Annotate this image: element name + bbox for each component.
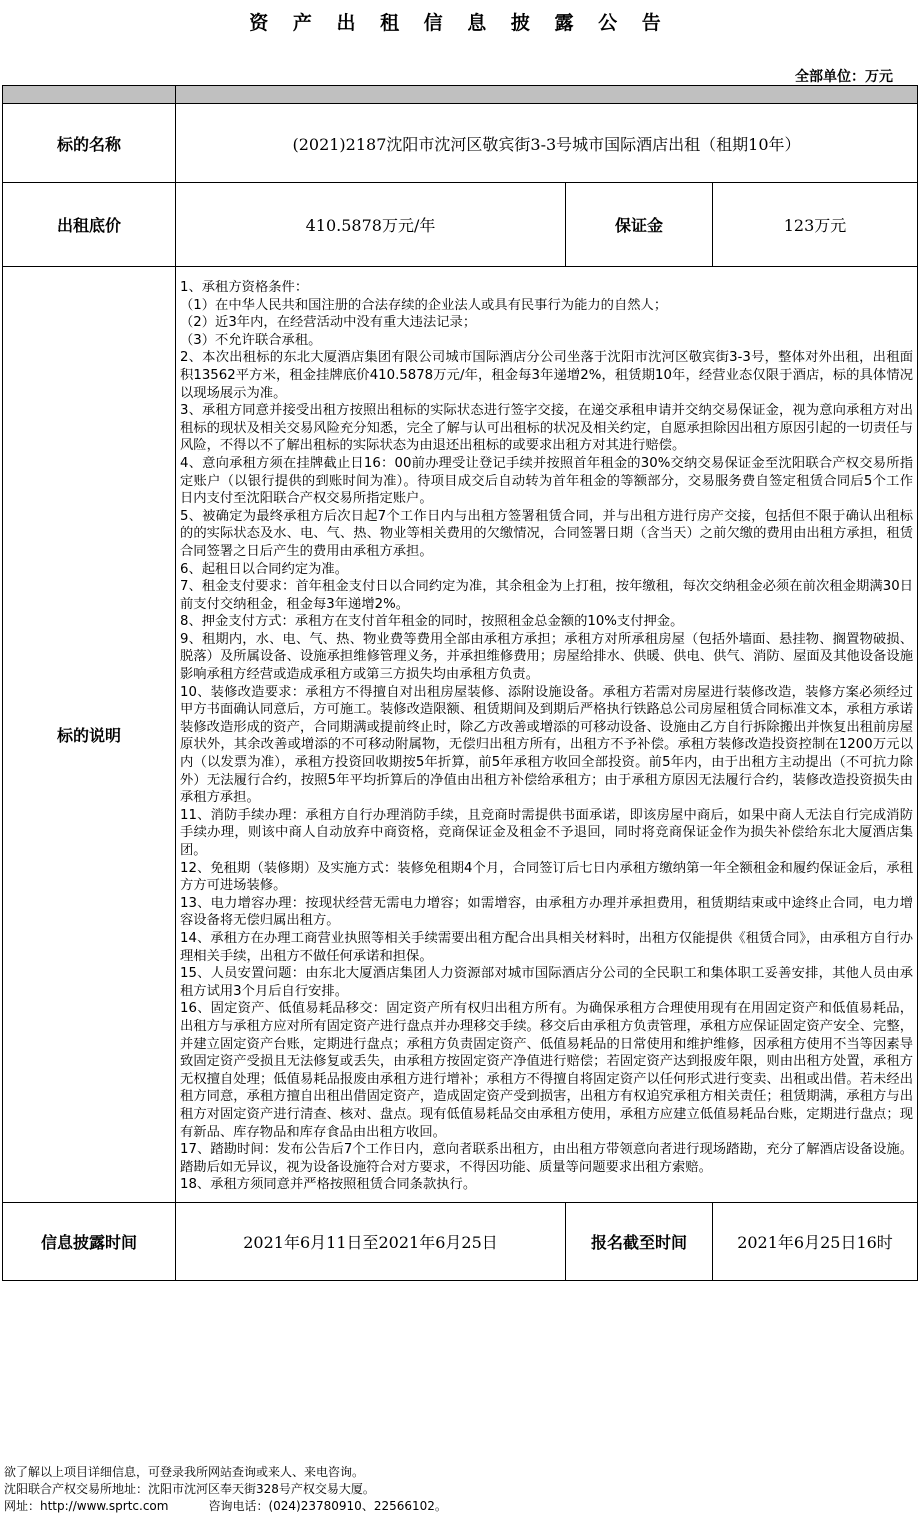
- desc-paragraph: 9、租期内，水、电、气、热、物业费等费用全部由承租方承担；承租方对所承租房屋（包…: [180, 631, 913, 684]
- footer-inquiry-note: 欲了解以上项目详细信息，可登录我所网站查询或来人、来电咨询。: [4, 1464, 447, 1481]
- asset-name-value: (2021)2187沈阳市沈河区敬宾街3-3号城市国际酒店出租（租期10年）: [176, 104, 918, 183]
- row-asset-name: 标的名称 (2021)2187沈阳市沈河区敬宾街3-3号城市国际酒店出租（租期1…: [3, 104, 918, 183]
- desc-paragraph: 3、承租方同意并接受出租方按照出租标的实际状态进行签字交接，在递交承租申请并交纳…: [180, 402, 913, 455]
- page-title: 资 产 出 租 信 息 披 露 公 告: [0, 8, 919, 35]
- desc-paragraph: （2）近3年内，在经营活动中没有重大违法记录；: [180, 314, 913, 332]
- header-cell-right: [176, 86, 918, 104]
- reserve-price-label: 出租底价: [3, 183, 176, 267]
- desc-paragraph: （3）不允许联合承租。: [180, 332, 913, 350]
- desc-paragraph: 4、意向承租方须在挂牌截止日16：00前办理受让登记手续并按照首年租金的30%交…: [180, 455, 913, 508]
- desc-paragraph: 12、免租期（装修期）及实施方式：装修免租期4个月，合同签订后七日内承租方缴纳第…: [180, 860, 913, 895]
- unit-note: 全部单位：万元: [795, 66, 893, 86]
- row-price: 出租底价 410.5878万元/年 保证金 123万元: [3, 183, 918, 267]
- header-row: [3, 86, 918, 104]
- row-description: 标的说明 1、承租方资格条件： （1）在中华人民共和国注册的合法存续的企业法人或…: [3, 267, 918, 1203]
- desc-paragraph: 8、押金支付方式：承租方在支付首年租金的同时，按照租金总金额的10%支付押金。: [180, 613, 913, 631]
- disclosure-period-label: 信息披露时间: [3, 1202, 176, 1280]
- asset-name-label: 标的名称: [3, 104, 176, 183]
- desc-paragraph: （1）在中华人民共和国注册的合法存续的企业法人或具有民事行为能力的自然人；: [180, 297, 913, 315]
- desc-paragraph: 17、踏勘时间：发布公告后7个工作日内，意向者联系出租方，由出租方带领意向者进行…: [180, 1141, 913, 1176]
- header-cell-left: [3, 86, 176, 104]
- desc-paragraph: 7、租金支付要求：首年租金支付日以合同约定为准，其余租金为上打租，按年缴租，每次…: [180, 578, 913, 613]
- disclosure-period-value: 2021年6月11日至2021年6月25日: [176, 1202, 566, 1280]
- desc-paragraph: 10、装修改造要求：承租方不得擅自对出租房屋装修、添附设施设备。承租方若需对房屋…: [180, 684, 913, 807]
- desc-paragraph: 14、承租方在办理工商营业执照等相关手续需要出租方配合出具相关材料时，出租方仅能…: [180, 930, 913, 965]
- desc-paragraph: 1、承租方资格条件：: [180, 279, 913, 297]
- reserve-price-value: 410.5878万元/年: [176, 183, 566, 267]
- desc-paragraph: 5、被确定为最终承租方后次日起7个工作日内与出租方签署租赁合同，并与出租方进行房…: [180, 508, 913, 561]
- desc-paragraph: 2、本次出租标的东北大厦酒店集团有限公司城市国际酒店分公司坐落于沈阳市沈河区敬宾…: [180, 349, 913, 402]
- registration-deadline-value: 2021年6月25日16时: [713, 1202, 918, 1280]
- deposit-value: 123万元: [713, 183, 918, 267]
- desc-paragraph: 15、人员安置问题：由东北大厦酒店集团人力资源部对城市国际酒店分公司的全民职工和…: [180, 965, 913, 1000]
- footer-contact-line: 网址：http://www.sprtc.com咨询电话：(024)2378091…: [4, 1498, 447, 1515]
- disclosure-table: 标的名称 (2021)2187沈阳市沈河区敬宾街3-3号城市国际酒店出租（租期1…: [2, 85, 918, 1281]
- description-body: 1、承租方资格条件： （1）在中华人民共和国注册的合法存续的企业法人或具有民事行…: [176, 267, 918, 1203]
- desc-paragraph: 16、固定资产、低值易耗品移交：固定资产所有权归出租方所有。为确保承租方合理使用…: [180, 1000, 913, 1141]
- desc-paragraph: 6、起租日以合同约定为准。: [180, 561, 913, 579]
- description-label: 标的说明: [3, 267, 176, 1203]
- desc-paragraph: 18、承租方须同意并严格按照租赁合同条款执行。: [180, 1176, 913, 1194]
- footer-address: 沈阳联合产权交易所地址：沈阳市沈河区奉天街328号产权交易大厦。: [4, 1481, 447, 1498]
- desc-paragraph: 13、电力增容办理：按现状经营无需电力增容；如需增容，由承租方办理并承担费用，租…: [180, 895, 913, 930]
- footer-website[interactable]: 网址：http://www.sprtc.com: [4, 1499, 168, 1513]
- footer-info: 欲了解以上项目详细信息，可登录我所网站查询或来人、来电咨询。 沈阳联合产权交易所…: [4, 1464, 447, 1515]
- desc-paragraph: 11、消防手续办理：承租方自行办理消防手续，且竞商时需提供书面承诺，即该房屋中商…: [180, 807, 913, 860]
- registration-deadline-label: 报名截至时间: [566, 1202, 713, 1280]
- deposit-label: 保证金: [566, 183, 713, 267]
- footer-phone: 咨询电话：(024)23780910、22566102。: [208, 1499, 446, 1513]
- row-dates: 信息披露时间 2021年6月11日至2021年6月25日 报名截至时间 2021…: [3, 1202, 918, 1280]
